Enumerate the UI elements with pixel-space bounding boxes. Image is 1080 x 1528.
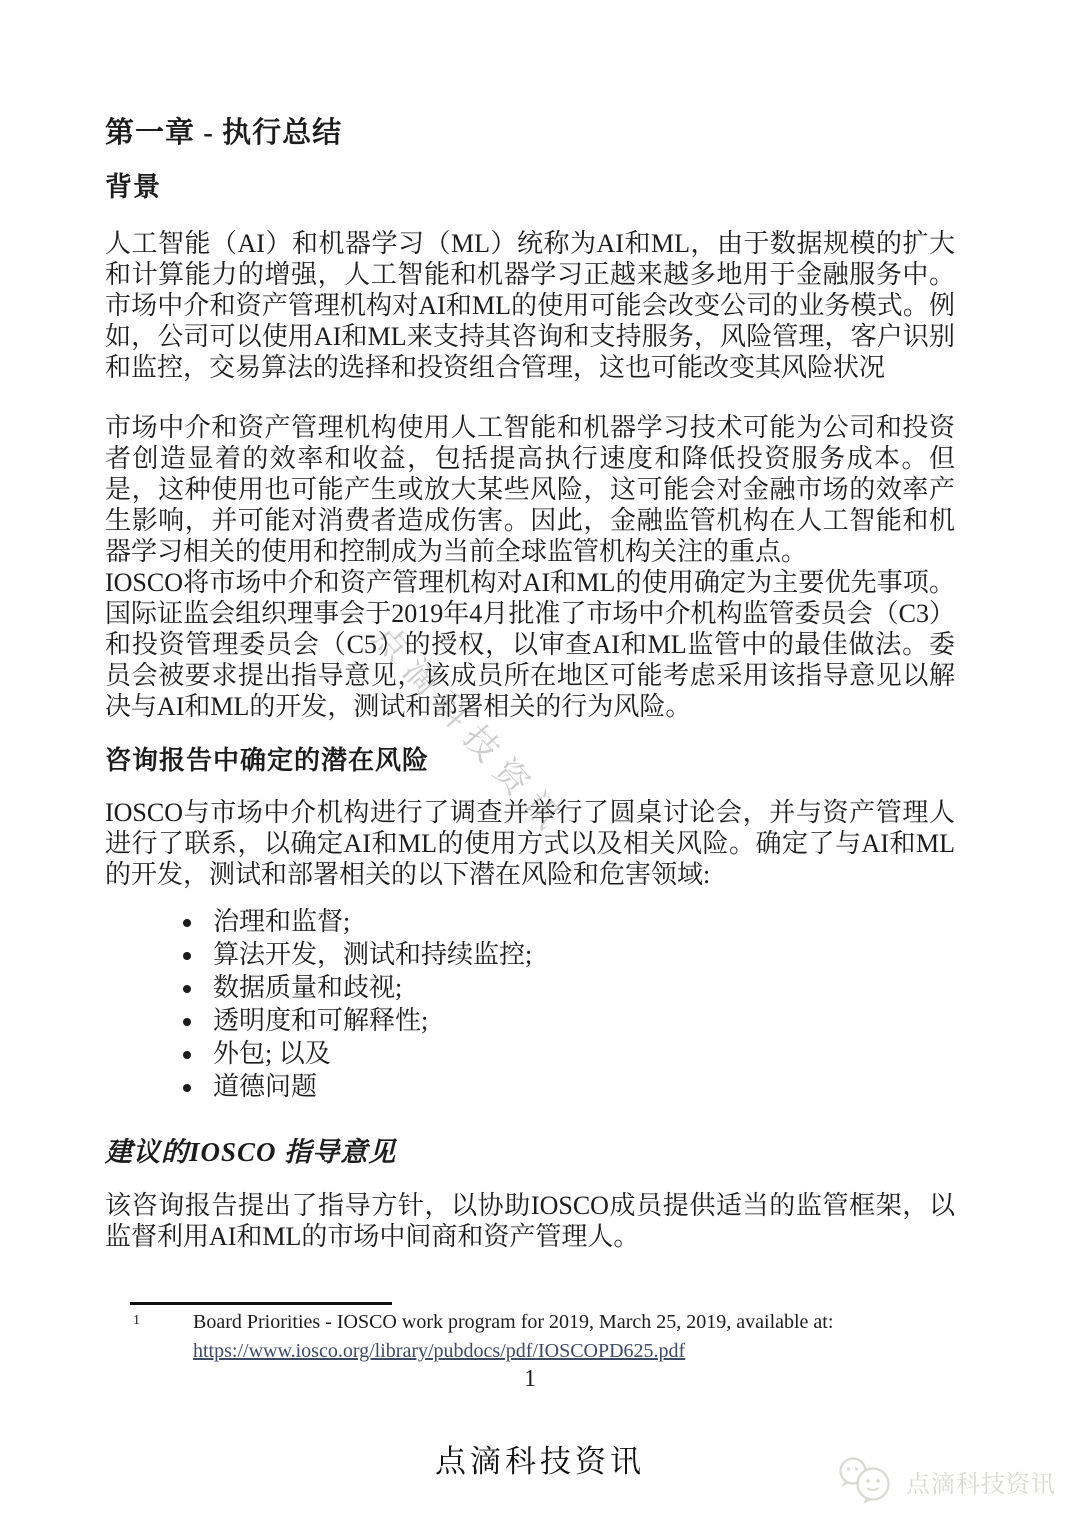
risk-areas-list: 治理和监督; 算法开发，测试和持续监控; 数据质量和歧视; 透明度和可解释性; … xyxy=(105,905,1055,1103)
document-page: 点滴科技资讯 第一章 - 执行总结 背景 人工智能（AI）和机器学习（ML）统称… xyxy=(0,0,1080,1528)
corner-watermark-text: 点滴科技资讯 xyxy=(906,1464,1056,1499)
section-heading-background: 背景 xyxy=(105,165,955,204)
paragraph-ai-ml-intro: 人工智能（AI）和机器学习（ML）统称为AI和ML，由于数据规模的扩大和计算能力… xyxy=(105,228,955,383)
footnote-text: Board Priorities - IOSCO work program fo… xyxy=(193,1308,853,1337)
paragraph-iosco-priority: IOSCO将市场中介和资产管理机构对AI和ML的使用确定为主要优先事项。国际证监… xyxy=(105,567,955,722)
chat-bubbles-logo-icon xyxy=(836,1456,898,1506)
footnote-marker: 1 xyxy=(133,1306,140,1335)
list-item-governance: 治理和监督; xyxy=(205,905,1055,938)
paragraph-survey-roundtable: IOSCO与市场中介机构进行了调查并举行了圆桌讨论会，并与资产管理人进行了联系，… xyxy=(105,797,955,890)
footnote-rule xyxy=(130,1302,392,1305)
page-number: 1 xyxy=(105,1366,955,1393)
paragraph-guidance-summary: 该咨询报告提出了指导方针，以协助IOSCO成员提供适当的监管框架，以监督利用AI… xyxy=(105,1190,955,1252)
footnote-link[interactable]: https://www.iosco.org/library/pubdocs/pd… xyxy=(193,1340,685,1362)
paragraph-efficiency-risks: 市场中介和资产管理机构使用人工智能和机器学习技术可能为公司和投资者创造显着的效率… xyxy=(105,412,955,567)
list-item-ethics: 道德问题 xyxy=(205,1070,1055,1103)
list-item-outsourcing: 外包; 以及 xyxy=(205,1037,1055,1070)
corner-watermark: 点滴科技资讯 xyxy=(836,1456,1056,1506)
section-heading-risks: 咨询报告中确定的潜在风险 xyxy=(105,740,955,777)
section-heading-guidance: 建议的IOSCO 指导意见 xyxy=(105,1130,955,1169)
footnote: 1 Board Priorities - IOSCO work program … xyxy=(133,1308,853,1366)
chapter-title: 第一章 - 执行总结 xyxy=(105,110,955,151)
footnote-body: Board Priorities - IOSCO work program fo… xyxy=(193,1308,853,1366)
list-item-data-quality: 数据质量和歧视; xyxy=(205,971,1055,1004)
list-item-algorithm: 算法开发，测试和持续监控; xyxy=(205,938,1055,971)
list-item-transparency: 透明度和可解释性; xyxy=(205,1004,1055,1037)
